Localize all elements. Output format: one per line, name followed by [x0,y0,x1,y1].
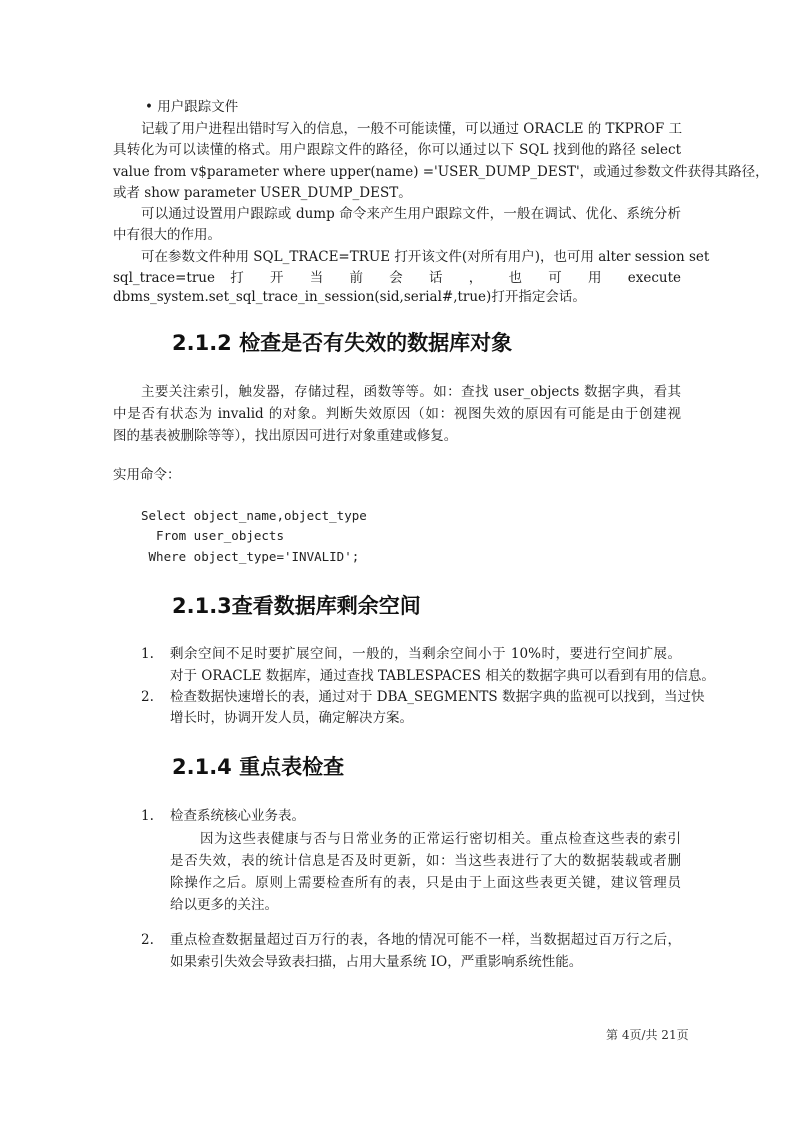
page-number: 第 4页/共 21页 [606,1027,689,1043]
list-item-line: 检查系统核心业务表。 [170,807,305,825]
document-page: • 用户跟踪文件 记载了用户进程出错时写入的信息，一般不可能读懂，可以通过 OR… [0,0,793,1122]
paragraph-line: 中有很大的作用。 [113,226,221,244]
list-number: 1. [141,807,154,825]
section-heading-2-1-3: 2.1.3查看数据库剩余空间 [172,593,421,619]
list-number: 2. [141,688,154,706]
paragraph-line: 主要关注索引，触发器，存储过程，函数等等。如：查找 user_objects 数… [141,383,681,401]
list-item-line: 检查数据快速增长的表，通过对于 DBA_SEGMENTS 数据字典的监视可以找到… [170,688,681,706]
paragraph-line: sql_trace=true 打 开 当 前 会 话 ， 也 可 用 execu… [113,269,681,287]
list-number: 1. [141,645,154,663]
list-number: 2. [141,931,154,949]
paragraph-line: 中是否有状态为 invalid 的对象。判断失效原因（如：视图失效的原因有可能是… [113,405,681,423]
list-item-line: 因为这些表健康与否与日常业务的正常运行密切相关。重点检查这些表的索引 [200,830,681,848]
paragraph-line: dbms_system.set_sql_trace_in_session(sid… [113,288,586,306]
list-item-line: 重点检查数据量超过百万行的表，各地的情况可能不一样，当数据超过百万行之后， [170,931,681,949]
paragraph-line: 图的基表被删除等等），找出原因可进行对象重建或修复。 [113,427,457,445]
list-item-line: 给以更多的关注。 [170,896,278,914]
list-item-line: 是否失效，表的统计信息是否及时更新，如：当这些表进行了大的数据装载或者删 [170,852,681,870]
list-item-line: 如果索引失效会导致表扫描，占用大量系统 IO，严重影响系统性能。 [170,953,582,971]
code-line: From user_objects [141,527,284,545]
paragraph-line: 可在参数文件种用 SQL_TRACE=TRUE 打开该文件(对所有用户)，也可用… [141,248,681,266]
section-heading-2-1-4: 2.1.4 重点表检查 [172,754,344,780]
code-line: Select object_name,object_type [141,507,367,525]
list-item-line: 增长时，协调开发人员，确定解决方案。 [170,709,413,727]
list-item-line: 对于 ORACLE 数据库，通过查找 TABLESPACES 相关的数据字典可以… [170,667,681,685]
list-item-line: 除操作之后。原则上需要检查所有的表，只是由于上面这些表更关键，建议管理员 [170,874,681,892]
paragraph-line: 记载了用户进程出错时写入的信息，一般不可能读懂，可以通过 ORACLE 的 TK… [141,120,681,138]
paragraph-line: 具转化为可以读懂的格式。用户跟踪文件的路径，你可以通过以下 SQL 找到他的路径… [113,141,681,159]
section-heading-2-1-2: 2.1.2 检查是否有失效的数据库对象 [172,330,512,356]
command-label: 实用命令： [113,466,181,484]
code-line: Where object_type='INVALID'; [141,548,359,566]
paragraph-line: 可以通过设置用户跟踪或 dump 命令来产生用户跟踪文件，一般在调试、优化、系统… [141,205,681,223]
paragraph-line: value from v$parameter where upper(name)… [113,163,681,181]
list-item-line: 剩余空间不足时要扩展空间，一般的，当剩余空间小于 10%时，要进行空间扩展。 [170,645,681,663]
bullet-title: • 用户跟踪文件 [145,98,238,116]
paragraph-line: 或者 show parameter USER_DUMP_DEST。 [113,184,412,202]
